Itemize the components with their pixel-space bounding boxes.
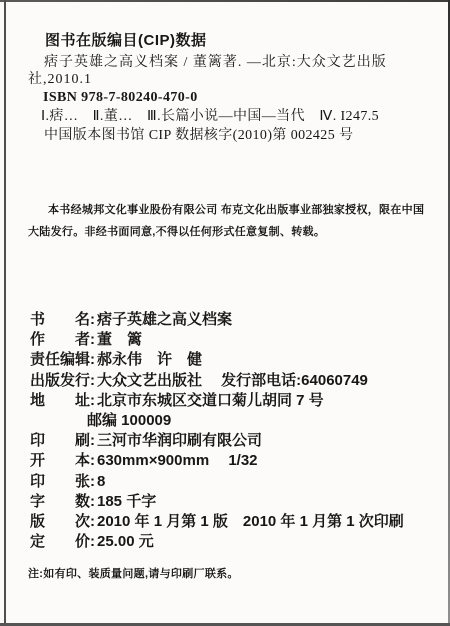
book-info-row-printer: 印刷:三河市华润印刷有限公司 <box>28 431 404 451</box>
scan-edge-left <box>4 0 6 626</box>
book-info-row-sheets: 印张:8 <box>28 472 404 492</box>
field-label: 作者 <box>30 330 90 350</box>
book-info-list: 书名:痞子英雄之高义档案 作者:董 篱 责任编辑:郝永伟 许 健 出版发行:大众… <box>28 310 404 552</box>
cip-header: 图书在版编目(CIP)数据 <box>45 29 207 50</box>
field-label: 责任编辑 <box>30 350 90 370</box>
field-value: 2010 年 1 月第 1 版 2010 年 1 月第 1 次印刷 <box>95 512 404 532</box>
field-label: 版次 <box>30 512 90 532</box>
classification-line: Ⅰ.痞… Ⅱ.董… Ⅲ.长篇小说—中国—当代 Ⅳ. I247.5 <box>41 108 379 126</box>
license-notice-line1: 本书经城邦文化事业股份有限公司 布克文化出版事业部独家授权，限在中国 <box>28 200 426 222</box>
license-notice: 本书经城邦文化事业股份有限公司 布克文化出版事业部独家授权，限在中国 大陆发行。… <box>28 200 426 243</box>
field-value: 三河市华润印刷有限公司 <box>95 431 262 451</box>
quality-note: 注:如有印、装质量问题,请与印刷厂联系。 <box>28 565 239 581</box>
cip-description: 痞子英雄之高义档案 / 董篱著. —北京:大众文艺出版 社,2010.1 <box>28 55 392 88</box>
book-info-row-address: 地址:北京市东城区交道口菊儿胡同 7 号 <box>28 391 404 411</box>
book-info-row-publisher: 出版发行:大众文艺出版社 发行部电话:64060749 <box>28 371 404 391</box>
cip-description-line2: 社,2010.1 <box>28 72 392 89</box>
cip-record-number: 中国版本图书馆 CIP 数据核字(2010)第 002425 号 <box>44 127 353 145</box>
copyright-page: 图书在版编目(CIP)数据 痞子英雄之高义档案 / 董篱著. —北京:大众文艺出… <box>0 0 450 626</box>
book-info-row-word-count: 字数:185 千字 <box>28 492 404 512</box>
field-value: 8 <box>95 472 105 492</box>
field-label: 出版发行 <box>30 371 90 391</box>
field-label: 印张 <box>30 472 90 492</box>
field-value: 郝永伟 许 健 <box>95 350 202 370</box>
book-info-row-edition: 版次:2010 年 1 月第 1 版 2010 年 1 月第 1 次印刷 <box>28 512 404 532</box>
field-label: 字数 <box>30 492 90 512</box>
isbn-line: ISBN 978-7-80240-470-0 <box>43 89 198 107</box>
field-label: 开本 <box>30 451 90 471</box>
field-label: 书名 <box>30 310 90 330</box>
license-notice-line2: 大陆发行。非经书面同意,不得以任何形式任意复制、转载。 <box>28 222 426 244</box>
book-info-row-format: 开本:630mm×900mm 1/32 <box>28 451 404 471</box>
book-info-row-title: 书名:痞子英雄之高义档案 <box>28 310 404 330</box>
book-info-row-postcode: 邮编 100009 <box>28 411 404 431</box>
book-info-row-author: 作者:董 篱 <box>28 330 404 350</box>
field-value: 北京市东城区交道口菊儿胡同 7 号 <box>95 391 324 411</box>
cip-description-line1: 痞子英雄之高义档案 / 董篱著. —北京:大众文艺出版 <box>28 55 392 72</box>
field-value: 630mm×900mm 1/32 <box>95 451 258 471</box>
field-label: 印刷 <box>30 431 90 451</box>
field-value: 邮编 100009 <box>85 411 171 431</box>
book-info-row-price: 定价:25.00 元 <box>28 532 404 552</box>
field-label: 定价 <box>30 532 90 552</box>
scan-edge-top <box>0 0 450 2</box>
field-label: 地址 <box>30 391 90 411</box>
book-info-row-editor: 责任编辑:郝永伟 许 健 <box>28 350 404 370</box>
field-value: 25.00 元 <box>95 532 154 552</box>
field-value: 董 篱 <box>95 330 142 350</box>
field-value: 185 千字 <box>95 492 156 512</box>
field-value: 大众文艺出版社 发行部电话:64060749 <box>95 371 368 391</box>
field-value: 痞子英雄之高义档案 <box>95 310 232 330</box>
